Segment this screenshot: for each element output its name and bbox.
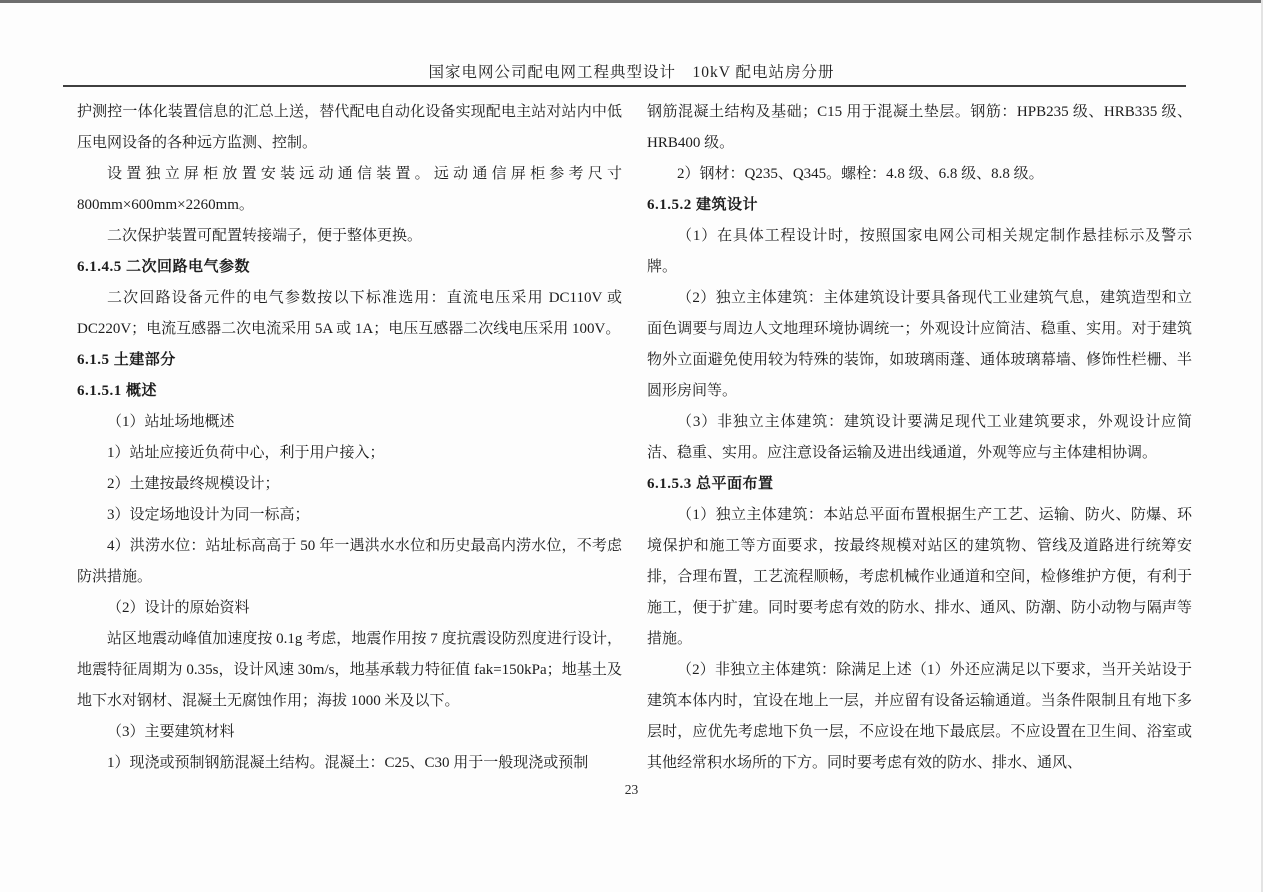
body-paragraph: 钢筋混凝土结构及基础；C15 用于混凝土垫层。钢筋：HPB235 级、HRB33… xyxy=(647,97,1192,159)
section-heading: 6.1.5.3 总平面布置 xyxy=(647,469,1192,500)
header-rule xyxy=(63,85,1186,87)
section-heading: 6.1.5.1 概述 xyxy=(77,376,622,407)
body-paragraph: （2）设计的原始资料 xyxy=(77,593,622,624)
body-paragraph: 二次回路设备元件的电气参数按以下标准选用：直流电压采用 DC110V 或DC22… xyxy=(77,283,622,345)
scan-top-edge-line xyxy=(0,0,1263,3)
text-column-right: 钢筋混凝土结构及基础；C15 用于混凝土垫层。钢筋：HPB235 级、HRB33… xyxy=(647,97,1192,779)
body-paragraph: 1）站址应接近负荷中心，利于用户接入； xyxy=(77,438,622,469)
section-heading: 6.1.5 土建部分 xyxy=(77,345,622,376)
body-paragraph: 2）土建按最终规模设计； xyxy=(77,469,622,500)
body-paragraph: 1）现浇或预制钢筋混凝土结构。混凝土：C25、C30 用于一般现浇或预制 xyxy=(77,748,622,779)
body-paragraph: 站区地震动峰值加速度按 0.1g 考虑，地震作用按 7 度抗震设防烈度进行设计，… xyxy=(77,624,622,717)
running-header-title: 国家电网公司配电网工程典型设计 10kV 配电站房分册 xyxy=(0,60,1263,82)
body-paragraph: （1）独立主体建筑：本站总平面布置根据生产工艺、运输、防火、防爆、环境保护和施工… xyxy=(647,500,1192,655)
body-paragraph: （1）站址场地概述 xyxy=(77,407,622,438)
text-column-left: 护测控一体化装置信息的汇总上送，替代配电自动化设备实现配电主站对站内中低压电网设… xyxy=(77,97,622,779)
body-paragraph: 护测控一体化装置信息的汇总上送，替代配电自动化设备实现配电主站对站内中低压电网设… xyxy=(77,97,622,159)
body-paragraph: （2）非独立主体建筑：除满足上述（1）外还应满足以下要求，当开关站设于建筑本体内… xyxy=(647,655,1192,779)
document-page: 国家电网公司配电网工程典型设计 10kV 配电站房分册 护测控一体化装置信息的汇… xyxy=(0,0,1263,892)
body-paragraph: （1）在具体工程设计时，按照国家电网公司相关规定制作悬挂标示及警示牌。 xyxy=(647,221,1192,283)
body-paragraph: 二次保护装置可配置转接端子，便于整体更换。 xyxy=(77,221,622,252)
body-paragraph: （3）主要建筑材料 xyxy=(77,717,622,748)
section-heading: 6.1.4.5 二次回路电气参数 xyxy=(77,252,622,283)
body-paragraph: （2）独立主体建筑：主体建筑设计要具备现代工业建筑气息，建筑造型和立面色调要与周… xyxy=(647,283,1192,407)
body-paragraph: 设置独立屏柜放置安装远动通信装置。远动通信屏柜参考尺寸800mm×600mm×2… xyxy=(77,159,622,221)
body-paragraph: 4）洪涝水位：站址标高高于 50 年一遇洪水水位和历史最高内涝水位，不考虑防洪措… xyxy=(77,531,622,593)
page-number: 23 xyxy=(0,782,1263,798)
section-heading: 6.1.5.2 建筑设计 xyxy=(647,190,1192,221)
body-paragraph: 2）钢材：Q235、Q345。螺栓：4.8 级、6.8 级、8.8 级。 xyxy=(647,159,1192,190)
body-paragraph: （3）非独立主体建筑：建筑设计要满足现代工业建筑要求，外观设计应简洁、稳重、实用… xyxy=(647,407,1192,469)
body-paragraph: 3）设定场地设计为同一标高； xyxy=(77,500,622,531)
